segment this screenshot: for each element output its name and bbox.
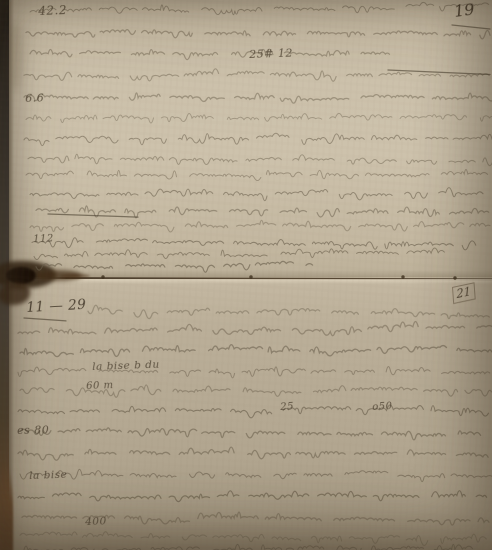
handwriting-fragment: 112 bbox=[33, 233, 54, 245]
handwriting-fragment: 42.2 bbox=[38, 3, 67, 18]
manuscript-page-bottom bbox=[8, 279, 492, 550]
handwriting-fragment: 25# 12 bbox=[249, 46, 293, 61]
handwriting-fragment: 25 bbox=[280, 401, 294, 413]
paper-stain bbox=[8, 22, 22, 92]
handwriting-fragment: 400 bbox=[85, 515, 107, 528]
handwriting-fragment: o50 bbox=[372, 401, 393, 413]
entry-heading: 11 — 29 bbox=[26, 297, 87, 316]
handwriting-fragment: es 80 bbox=[17, 423, 49, 437]
notebook-photo: 42.225# 126.6112la bise b du60 m25o50es … bbox=[0, 0, 492, 550]
handwriting-fragment: 60 m bbox=[86, 380, 114, 392]
manuscript-page-top bbox=[8, 0, 492, 279]
handwriting-fragment: 6.6 bbox=[25, 91, 44, 105]
ink-blot-core bbox=[6, 267, 36, 284]
ink-blot-streak bbox=[60, 274, 90, 278]
page-number-top: 19 bbox=[453, 0, 476, 21]
page-edge-highlight bbox=[8, 279, 492, 284]
handwriting-fragment: la bise bbox=[29, 469, 68, 482]
handwriting-fragment: la bise b du bbox=[92, 359, 160, 373]
